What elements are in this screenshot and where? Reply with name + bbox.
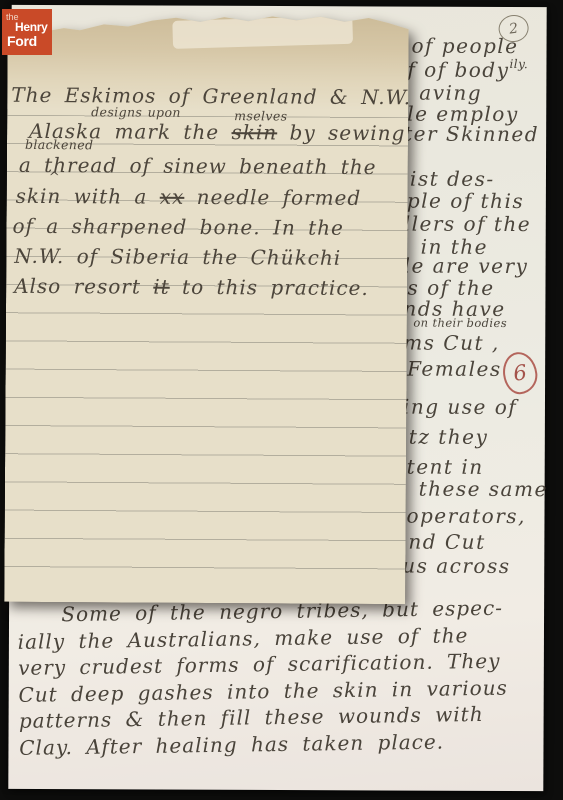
handwriting-fragment: us across — [402, 554, 510, 578]
line-text: to this practice. — [170, 275, 369, 300]
insertion-above: designs upon — [91, 104, 181, 120]
handwriting-fragment: llers of the — [404, 212, 531, 237]
manuscript-page-lined: The Eskimos of Greenland & N.W. designs … — [4, 9, 409, 604]
struck-text: skin — [231, 120, 277, 144]
handwriting-fragment: ing use of — [403, 395, 517, 419]
handwriting-fragment: ist des- — [410, 167, 495, 191]
struck-text: xx — [160, 185, 185, 209]
logo-text-henry: Henry — [15, 20, 48, 34]
handwriting-line: Also resort it to this practice. — [14, 274, 369, 300]
handwriting-fragment: ple of this — [407, 189, 524, 214]
inserted-note: on their bodies — [413, 316, 507, 330]
line-text: N.W. of Siberia the Chükchi — [14, 244, 341, 270]
line-text: by sewing — [277, 120, 405, 145]
handwriting-line: blackened ^ a thread of sinew beneath th… — [19, 153, 377, 179]
caret-mark: ^ — [49, 170, 61, 185]
line-text: of a sharpened bone. In the — [12, 214, 344, 240]
handwriting-fragment: ms Cut , — [403, 331, 500, 355]
handwriting-fragment: of people — [411, 34, 518, 58]
handwriting-fragment: tz they — [409, 425, 489, 449]
insertion-above: blackened — [25, 137, 94, 152]
manuscript-scan: 2 of people f of bodyily. aving le emplo… — [0, 0, 563, 800]
red-annotation-number: 6 — [512, 360, 528, 385]
struck-text: it — [153, 275, 170, 299]
handwriting-fragment: operators, — [406, 504, 526, 529]
handwriting-fragment: tent in — [407, 455, 484, 479]
line-text: Also resort — [14, 274, 153, 299]
handwriting-fragment: Females — [407, 357, 502, 381]
line-text: skin with a — [16, 184, 160, 209]
handwriting-line: The Eskimos of Greenland & N.W. — [11, 83, 411, 109]
fragment-text: f of body — [407, 58, 509, 82]
bottom-paragraph: Some of the negro tribes, but espec- ial… — [17, 594, 547, 761]
handwriting-line: N.W. of Siberia the Chükchi — [14, 244, 341, 270]
handwriting-fragment: nd Cut — [408, 530, 485, 554]
logo-text-ford: Ford — [7, 33, 37, 49]
paper-stain-light — [172, 16, 353, 49]
manuscript-page-lined-wrap: The Eskimos of Greenland & N.W. designs … — [6, 10, 407, 603]
handwriting-fragment: f of bodyily. — [407, 57, 528, 83]
superscript-note: ily. — [509, 57, 528, 71]
insertion-above: mselves — [234, 108, 287, 123]
red-annotation-circled: 6 — [501, 350, 540, 396]
line-text: a thread of sinew beneath the — [19, 153, 377, 179]
henry-ford-logo: the Henry Ford — [2, 9, 52, 55]
handwriting-fragment: le are very — [404, 254, 529, 279]
line-text: needle formed — [184, 185, 361, 210]
handwriting-line: of a sharpened bone. In the — [12, 214, 344, 240]
handwriting-fragment: these same — [419, 477, 548, 502]
handwriting-fragment: ter Skinned — [404, 122, 539, 147]
handwriting-line: skin with a xx needle formed — [16, 184, 362, 210]
line-text: The Eskimos of Greenland & N.W. — [11, 83, 411, 109]
